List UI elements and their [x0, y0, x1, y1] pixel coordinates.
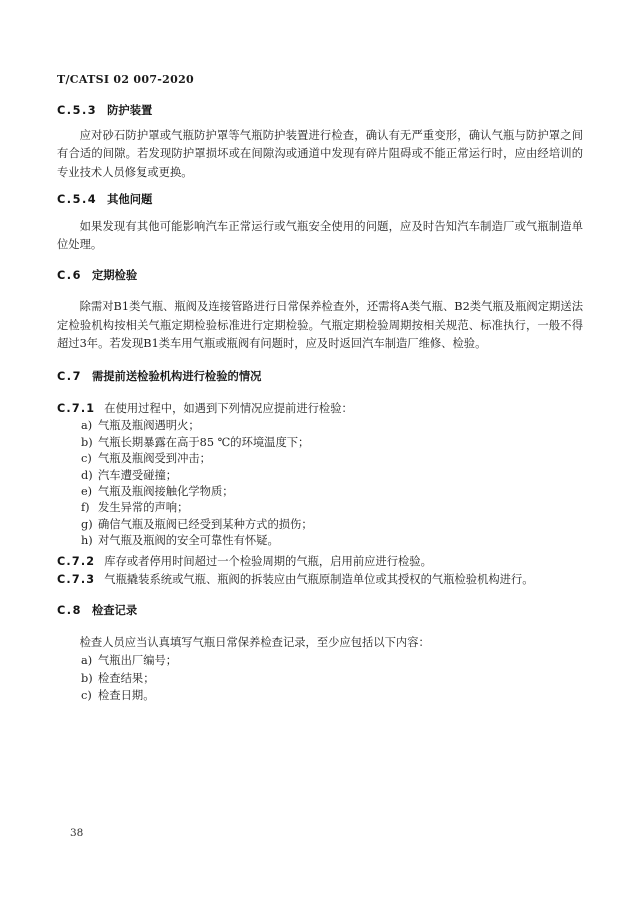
section-label: C.6 — [57, 269, 82, 282]
section-label: C.7 — [57, 370, 82, 383]
list-item: c)检查日期。 — [81, 687, 583, 705]
checklist-c8: a)气瓶出厂编号； b)检查结果； c)检查日期。 — [57, 652, 583, 705]
checklist-c7-1: a)气瓶及瓶阀遇明火； b)气瓶长期暴露在高于85 ℃的环境温度下； c)气瓶及… — [57, 418, 583, 549]
list-item: c)气瓶及瓶阀受到冲击； — [81, 451, 583, 467]
list-item-text: 检查日期。 — [98, 689, 155, 702]
section-label: C.8 — [57, 604, 82, 617]
section-title: 检查记录 — [92, 604, 137, 617]
section-title: 需提前送检验机构进行检验的情况 — [92, 370, 261, 383]
list-item-text: 气瓶及瓶阀接触化学物质； — [98, 485, 234, 498]
list-item: b)检查结果； — [81, 670, 583, 688]
paragraph-c5-4: 如果发现有其他可能影响汽车正常运行或气瓶安全使用的问题，应及时告知汽车制造厂或气… — [57, 218, 583, 255]
clause-c7-3: C.7.3气瓶撬装系统或气瓶、瓶阀的拆装应由气瓶原制造单位或其授权的气瓶检验机构… — [57, 571, 583, 589]
list-item: h)对气瓶及瓶阀的安全可靠性有怀疑。 — [81, 533, 583, 549]
list-marker: a) — [81, 418, 98, 434]
list-item: b)气瓶长期暴露在高于85 ℃的环境温度下； — [81, 435, 583, 451]
paragraph-c6: 除需对B1类气瓶、瓶阀及连接管路进行日常保养检查外，还需将A类气瓶、B2类气瓶及… — [57, 298, 583, 353]
clause-label: C.7.3 — [57, 573, 95, 586]
paragraph-c8: 检查人员应当认真填写气瓶日常保养检查记录，至少应包括以下内容： — [57, 634, 583, 652]
section-title: 定期检验 — [92, 269, 137, 282]
clause-c7-2: C.7.2库存或者停用时间超过一个检验周期的气瓶，启用前应进行检验。 — [57, 553, 583, 571]
list-item-text: 发生异常的声响； — [98, 501, 188, 514]
clause-label: C.7.1 — [57, 402, 95, 415]
list-marker: f) — [81, 500, 98, 516]
clause-label: C.7.2 — [57, 555, 95, 568]
section-heading-c5-3: C.5.3防护装置 — [57, 103, 583, 118]
section-title: 其他问题 — [107, 193, 152, 206]
list-marker: c) — [81, 451, 98, 467]
paragraph-c5-3: 应对砂石防护罩或气瓶防护罩等气瓶防护装置进行检查，确认有无严重变形，确认气瓶与防… — [57, 127, 583, 182]
section-heading-c7: C.7需提前送检验机构进行检验的情况 — [57, 369, 583, 384]
list-item: a)气瓶出厂编号； — [81, 652, 583, 670]
document-page: T/CATSI 02 007-2020 C.5.3防护装置 应对砂石防护罩或气瓶… — [0, 0, 640, 906]
list-item: g)确信气瓶及瓶阀已经受到某种方式的损伤； — [81, 517, 583, 533]
doc-code: T/CATSI 02 007-2020 — [57, 73, 583, 86]
list-item: e)气瓶及瓶阀接触化学物质； — [81, 484, 583, 500]
list-item-text: 检查结果； — [98, 672, 155, 685]
list-marker: g) — [81, 517, 98, 533]
section-heading-c5-4: C.5.4其他问题 — [57, 192, 583, 207]
list-item: f)发生异常的声响； — [81, 500, 583, 516]
page-number: 38 — [70, 827, 83, 839]
list-item-text: 气瓶及瓶阀受到冲击； — [98, 452, 211, 465]
list-item-text: 对气瓶及瓶阀的安全可靠性有怀疑。 — [98, 534, 279, 547]
list-marker: d) — [81, 468, 98, 484]
list-marker: h) — [81, 533, 98, 549]
list-item-text: 气瓶出厂编号； — [98, 654, 177, 667]
page-content: T/CATSI 02 007-2020 C.5.3防护装置 应对砂石防护罩或气瓶… — [57, 73, 583, 705]
list-marker: b) — [81, 435, 98, 451]
section-title: 防护装置 — [107, 104, 152, 117]
clause-text: 在使用过程中，如遇到下列情况应提前进行检验： — [104, 402, 353, 415]
list-item: a)气瓶及瓶阀遇明火； — [81, 418, 583, 434]
list-item-text: 气瓶及瓶阀遇明火； — [98, 419, 200, 432]
section-label: C.5.4 — [57, 193, 97, 206]
section-heading-c8: C.8检查记录 — [57, 603, 583, 618]
list-item: d)汽车遭受碰撞； — [81, 468, 583, 484]
list-item-text: 确信气瓶及瓶阀已经受到某种方式的损伤； — [98, 518, 313, 531]
list-marker: c) — [81, 687, 98, 705]
clause-text: 库存或者停用时间超过一个检验周期的气瓶，启用前应进行检验。 — [104, 555, 432, 568]
list-item-text: 气瓶长期暴露在高于85 ℃的环境温度下； — [98, 436, 309, 449]
clause-c7-1: C.7.1在使用过程中，如遇到下列情况应提前进行检验： — [57, 400, 583, 418]
list-marker: b) — [81, 670, 98, 688]
section-label: C.5.3 — [57, 104, 97, 117]
list-marker: a) — [81, 652, 98, 670]
list-marker: e) — [81, 484, 98, 500]
list-item-text: 汽车遭受碰撞； — [98, 469, 177, 482]
section-heading-c6: C.6定期检验 — [57, 268, 583, 283]
clause-text: 气瓶撬装系统或气瓶、瓶阀的拆装应由气瓶原制造单位或其授权的气瓶检验机构进行。 — [104, 573, 533, 586]
